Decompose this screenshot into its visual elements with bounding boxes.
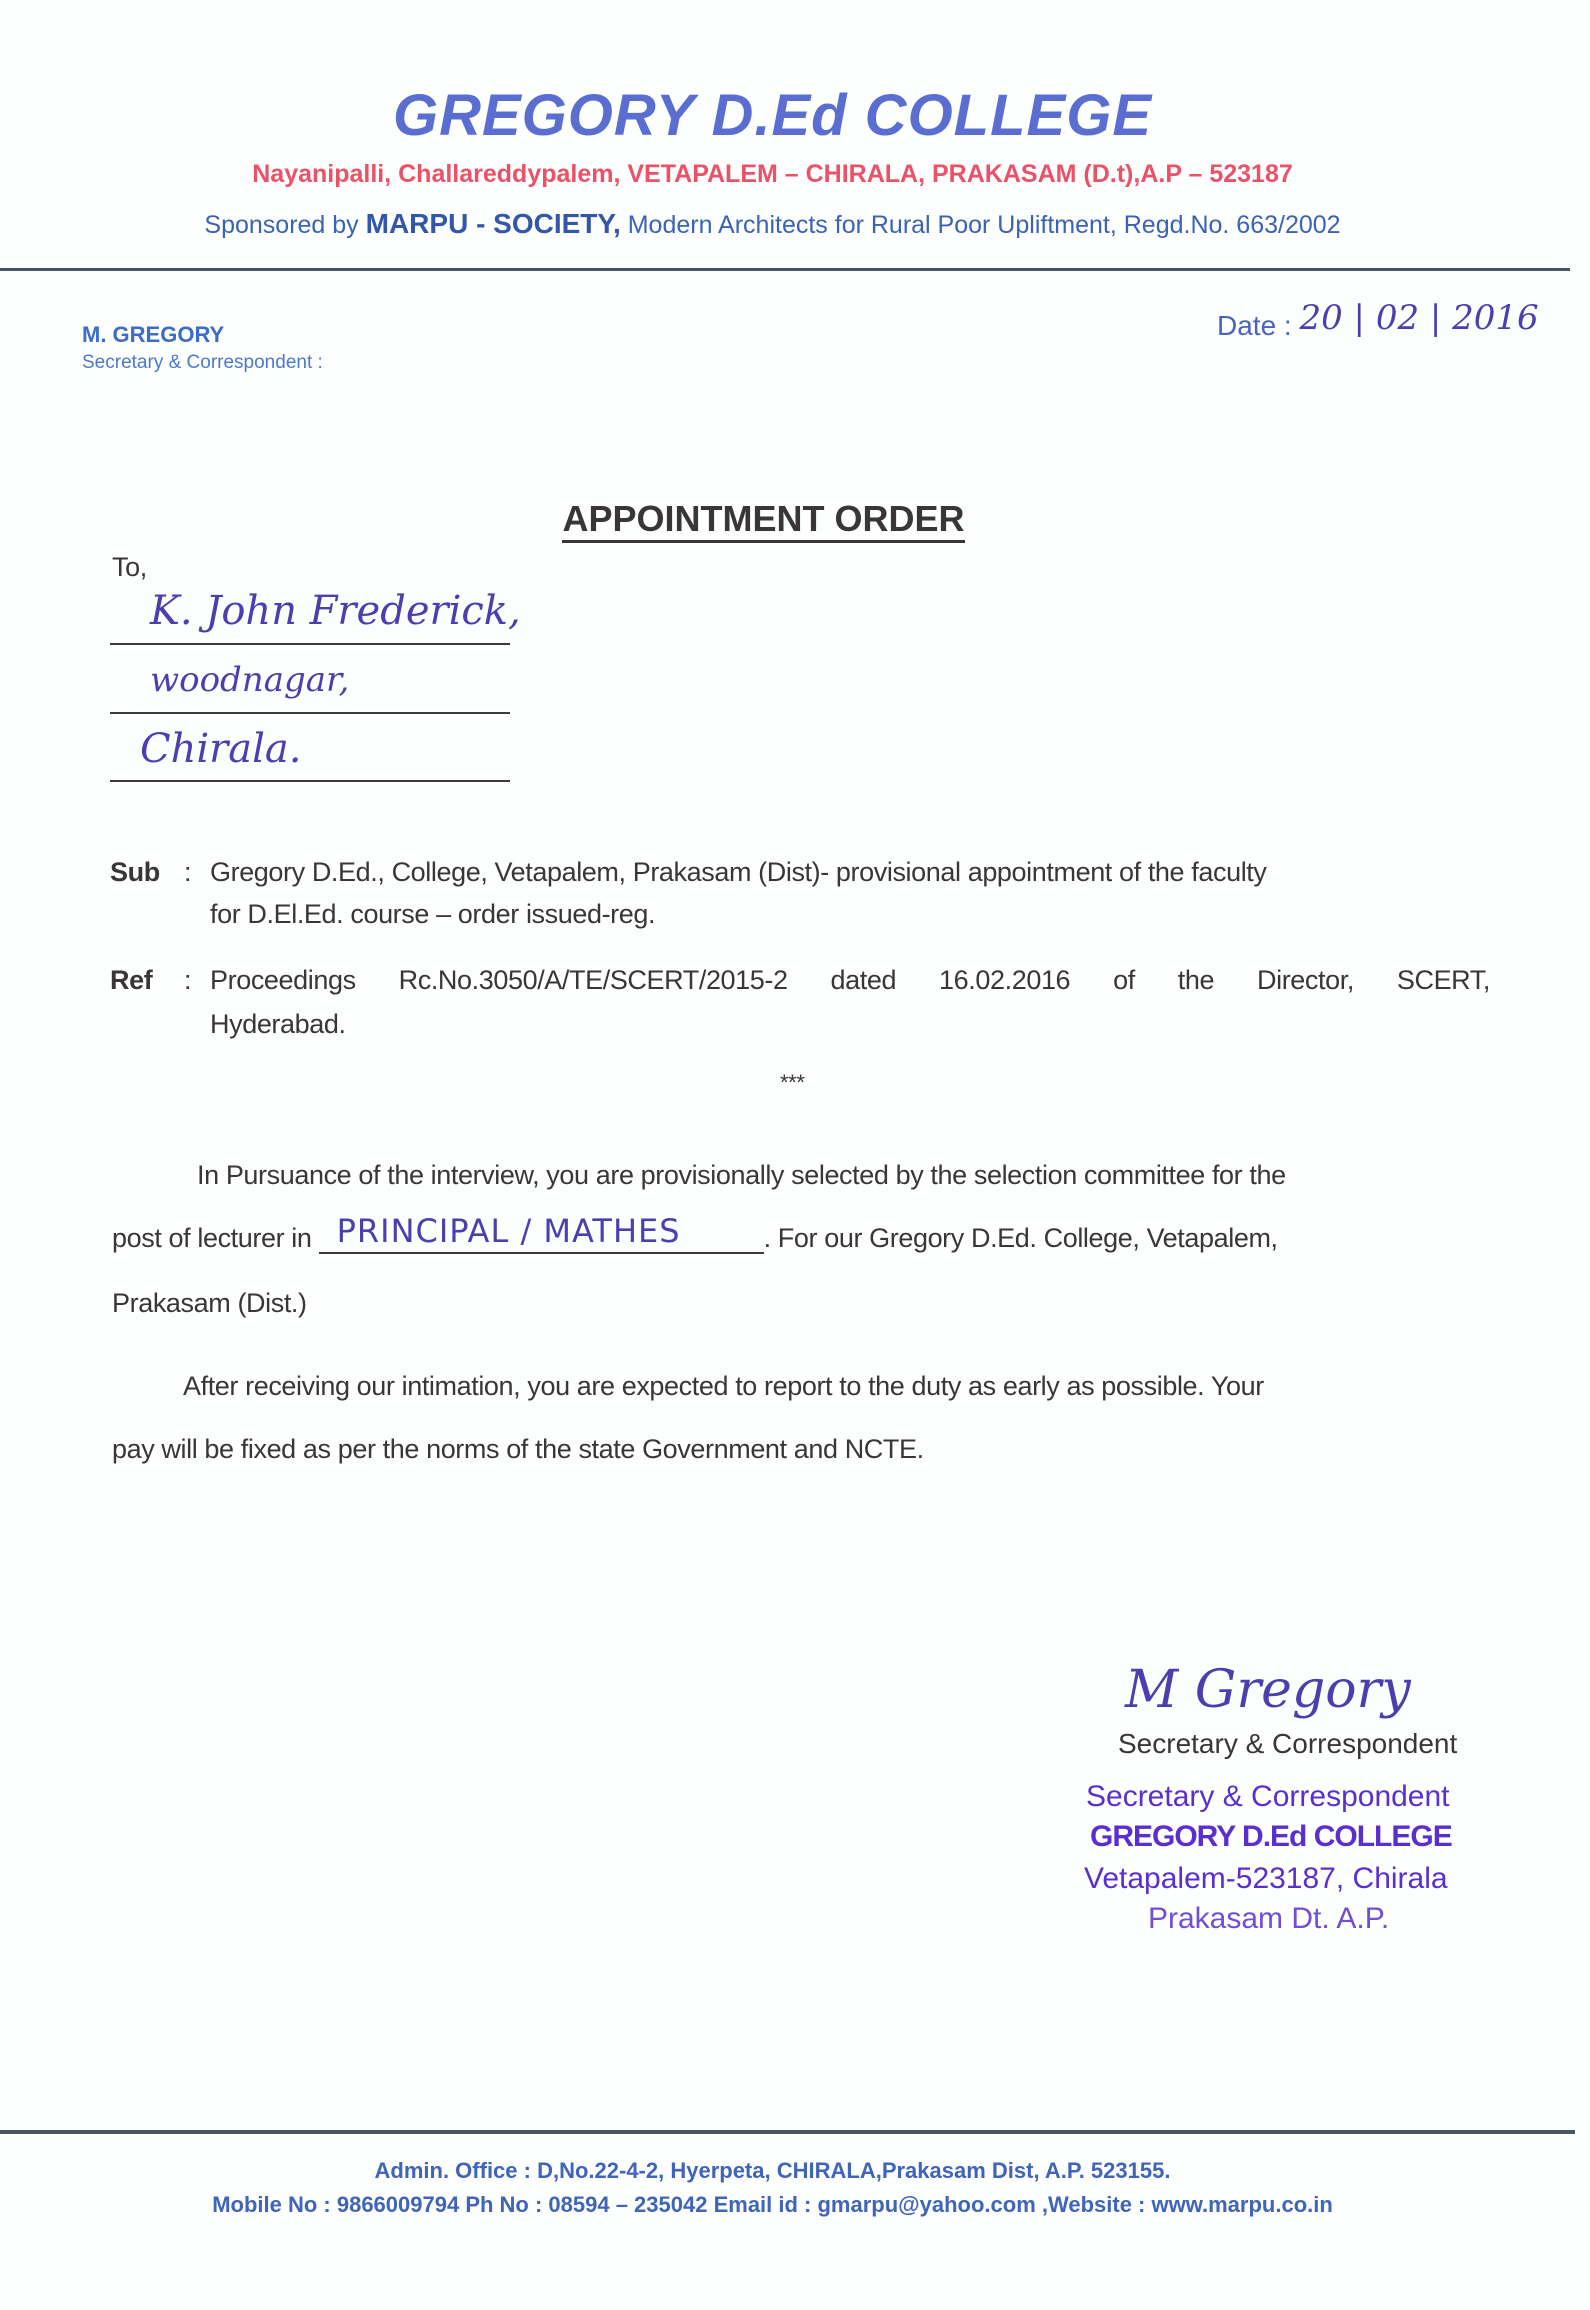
para1-line2: post of lecturer in PRINCIPAL / MATHES. …	[112, 1222, 1278, 1254]
post-fill-line: PRINCIPAL / MATHES	[319, 1222, 764, 1254]
sponsor-prefix: Sponsored by	[204, 211, 365, 239]
subject-line-1: Gregory D.Ed., College, Vetapalem, Praka…	[210, 857, 1267, 888]
para2-line1: After receiving our intimation, you are …	[183, 1371, 1264, 1402]
para1-line3: Prakasam (Dist.)	[112, 1288, 307, 1319]
ref-label: Ref	[110, 965, 152, 996]
date-value: 20 | 02 | 2016	[1299, 298, 1538, 338]
sponsor-line: Sponsored by MARPU - SOCIETY, Modern Arc…	[0, 208, 1545, 240]
para1-line2-pre: post of lecturer in	[112, 1223, 319, 1253]
header-divider	[0, 268, 1570, 271]
college-name: GREGORY D.Ed COLLEGE	[0, 82, 1545, 149]
date-field: Date : 20 | 02 | 2016	[1217, 304, 1539, 344]
stamp-line-1: Secretary & Correspondent	[1086, 1780, 1450, 1814]
stamp-line-3: Vetapalem-523187, Chirala	[1084, 1862, 1448, 1896]
salutation: To,	[112, 552, 147, 583]
footer-divider	[0, 2130, 1575, 2134]
para2-line2: pay will be fixed as per the norms of th…	[112, 1434, 924, 1465]
document-heading: APPOINTMENT ORDER	[0, 498, 1527, 540]
signature: M Gregory	[1125, 1660, 1411, 1720]
subject-colon: :	[184, 857, 191, 888]
college-address: Nayanipalli, Challareddypalem, VETAPALEM…	[0, 160, 1545, 189]
separator: ***	[780, 1070, 805, 1096]
stamp-line-2: GREGORY D.Ed COLLEGE	[1090, 1820, 1452, 1854]
recipient-line-2: woodnagar,	[150, 660, 349, 700]
para1-line2-post: . For our Gregory D.Ed. College, Vetapal…	[764, 1223, 1278, 1253]
recipient-underline-1	[110, 643, 510, 645]
recipient-line-1: K. John Frederick,	[150, 588, 521, 634]
heading-text: APPOINTMENT ORDER	[562, 498, 964, 543]
para1-line1: In Pursuance of the interview, you are p…	[197, 1160, 1286, 1191]
stamp-line-4: Prakasam Dt. A.P.	[1148, 1902, 1389, 1936]
ref-line-1: Proceedings Rc.No.3050/A/TE/SCERT/2015-2…	[210, 965, 1490, 996]
ref-line-2: Hyderabad.	[210, 1009, 346, 1040]
subject-label: Sub	[110, 857, 160, 888]
sponsor-name: MARPU - SOCIETY,	[366, 208, 621, 239]
date-label: Date :	[1217, 310, 1299, 341]
sender-title: Secretary & Correspondent :	[82, 352, 323, 374]
footer-admin-office: Admin. Office : D,No.22-4-2, Hyerpeta, C…	[0, 2158, 1545, 2184]
subject-line-2: for D.El.Ed. course – order issued-reg.	[210, 899, 655, 930]
ref-colon: :	[184, 965, 191, 996]
recipient-line-3: Chirala.	[140, 726, 301, 772]
signatory-title: Secretary & Correspondent	[1118, 1728, 1457, 1760]
recipient-underline-3	[110, 780, 510, 782]
post-value: PRINCIPAL / MATHES	[337, 1212, 681, 1250]
recipient-underline-2	[110, 712, 510, 714]
footer-contacts: Mobile No : 9866009794 Ph No : 08594 – 2…	[0, 2192, 1545, 2218]
sender-name: M. GREGORY	[82, 322, 224, 348]
sponsor-suffix: Modern Architects for Rural Poor Upliftm…	[621, 211, 1341, 239]
